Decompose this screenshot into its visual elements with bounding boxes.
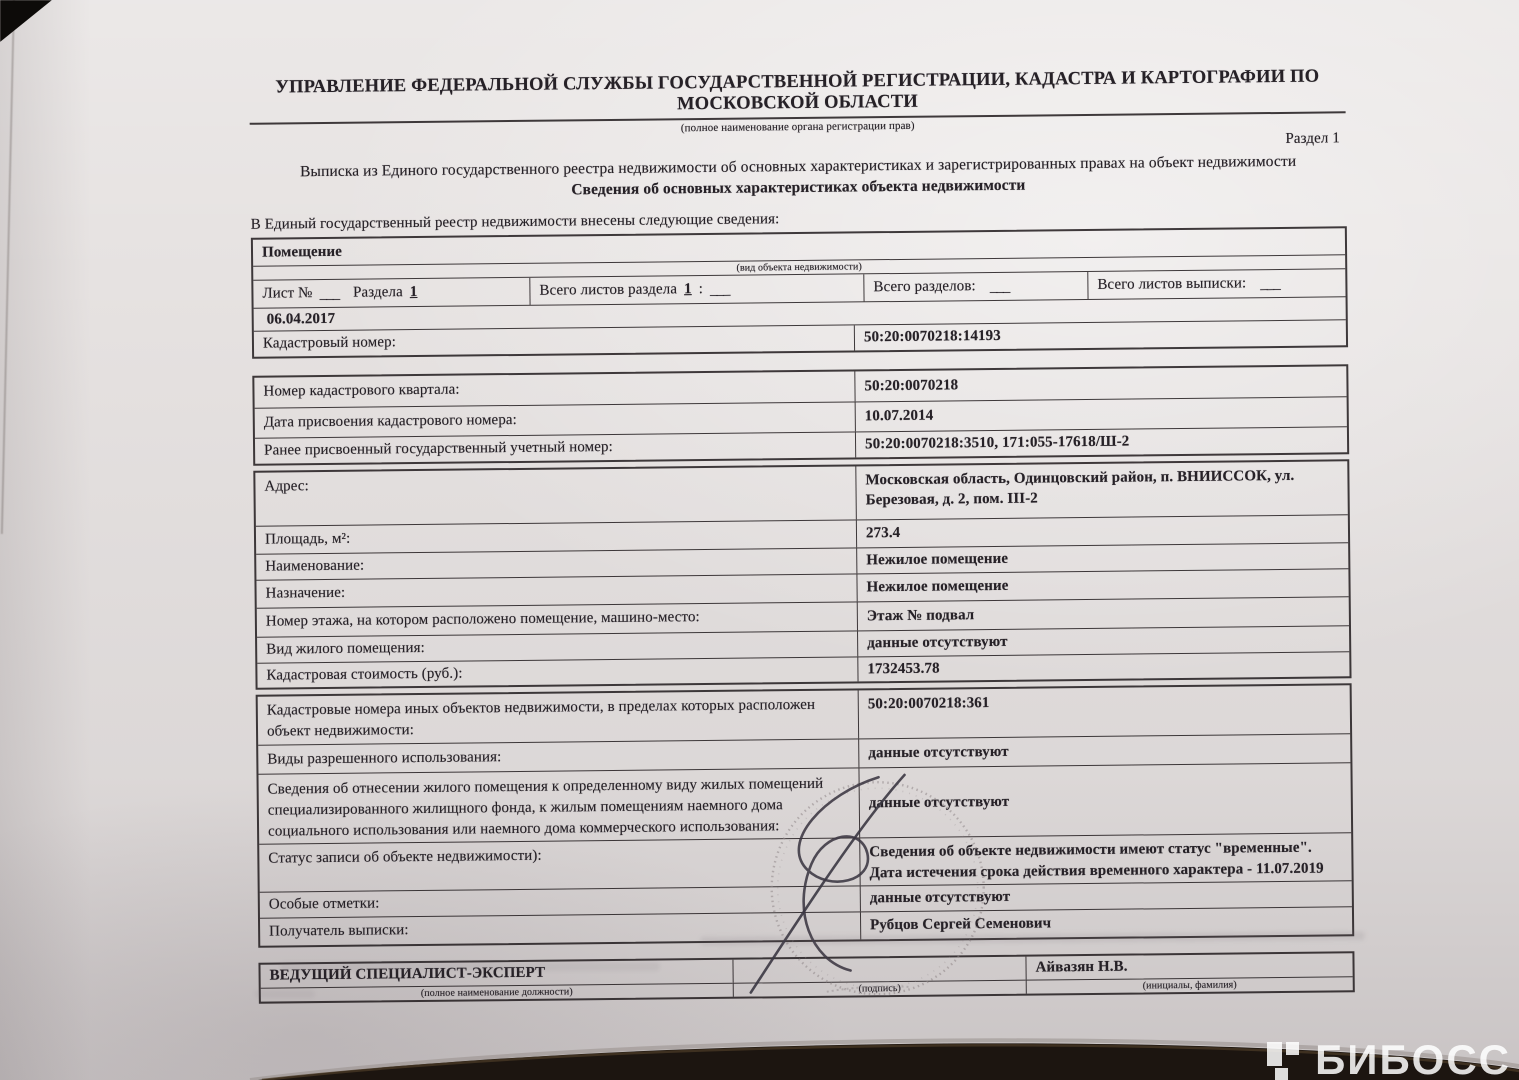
row-label: Адрес: <box>255 466 857 525</box>
table-row: Сведения об отнесении жилого помещения к… <box>258 763 1351 844</box>
row-value: Этаж № подвал <box>858 597 1349 630</box>
watermark: БИБОСС <box>1267 1040 1511 1080</box>
row-value: Нежилое помещение <box>857 569 1348 601</box>
row-value: Московская область, Одинцовский район, п… <box>856 461 1348 519</box>
colon: : <box>699 281 703 298</box>
sheets-in-section-number: 1 <box>684 281 692 298</box>
paper-sheet: УПРАВЛЕНИЕ ФЕДЕРАЛЬНОЙ СЛУЖБЫ ГОСУДАРСТВ… <box>0 0 1519 1080</box>
row-label: Статус записи об объекте недвижимости): <box>259 839 860 892</box>
details-table-status: Кадастровые номера иных объектов недвижи… <box>256 684 1355 948</box>
sheets-in-section-cell: Всего листов раздела 1 : ___ <box>529 274 863 304</box>
row-value: 273.4 <box>857 515 1348 547</box>
row-value: данные отсутствуют <box>859 764 1351 838</box>
total-sections-cell: Всего разделов: ___ <box>863 272 1087 301</box>
sheets-in-section-blank: ___ <box>710 282 730 299</box>
row-value: 10.07.2014 <box>856 397 1347 431</box>
signer-name: Айвазян Н.В. <box>1025 953 1352 979</box>
details-table-main: Адрес: Московская область, Одинцовский р… <box>253 459 1351 690</box>
sign-caption: (подпись) <box>733 980 1026 997</box>
ghost-text-artifact <box>255 990 315 998</box>
total-sheets-blank: ___ <box>1260 276 1280 293</box>
row-value: данные отсутствуют <box>861 881 1352 911</box>
signature-table: ВЕДУЩИЙ СПЕЦИАЛИСТ-ЭКСПЕРТ Айвазян Н.В. … <box>258 951 1354 1003</box>
registry-header-table: Помещение (вид объекта недвижимости) Лис… <box>251 226 1348 358</box>
row-label: Сведения об отнесении жилого помещения к… <box>258 769 860 844</box>
row-value: 1732453.78 <box>858 652 1349 682</box>
row-label: Номер кадастрового квартала: <box>254 371 855 407</box>
row-value: Сведения об объекте недвижимости имеют с… <box>860 834 1351 886</box>
ghost-text-artifact <box>280 962 660 971</box>
page-edge-crease <box>1 0 15 534</box>
signature-space <box>732 957 1025 983</box>
sheets-in-section-label: Всего листов раздела <box>539 281 677 299</box>
row-label: Кадастровые номера иных объектов недвижи… <box>258 691 859 745</box>
org-name-heading: УПРАВЛЕНИЕ ФЕДЕРАЛЬНОЙ СЛУЖБЫ ГОСУДАРСТВ… <box>249 66 1345 124</box>
razdel-number: 1 <box>410 284 418 301</box>
cadastral-number-value: 50:20:0070218:14193 <box>855 320 1346 350</box>
watermark-text: БИБОСС <box>1315 1040 1511 1080</box>
sheet-blank: ___ <box>319 286 339 303</box>
row-value: Нежилое помещение <box>857 543 1348 573</box>
row-label: Ранее присвоенный государственный учетны… <box>255 432 856 463</box>
razdel-label: Раздела <box>353 284 403 302</box>
row-value: данные отсутствуют <box>858 626 1349 656</box>
total-sections-label: Всего разделов: <box>873 278 976 296</box>
sheet-label: Лист № <box>262 285 312 303</box>
cadastral-number-label: Кадастровый номер: <box>254 325 855 356</box>
total-sheets-cell: Всего листов выписки: ___ <box>1087 269 1345 299</box>
details-table-quartal: Номер кадастрового квартала: 50:20:00702… <box>252 364 1349 465</box>
name-caption: (инициалы, фамилия) <box>1026 976 1353 993</box>
table-corner-shadow <box>0 0 52 42</box>
row-value: 50:20:0070218:361 <box>859 686 1350 739</box>
total-sections-blank: ___ <box>990 279 1010 296</box>
total-sheets-label: Всего листов выписки: <box>1097 275 1246 294</box>
document-content: УПРАВЛЕНИЕ ФЕДЕРАЛЬНОЙ СЛУЖБЫ ГОСУДАРСТВ… <box>249 60 1355 1003</box>
biboss-logo-icon <box>1267 1040 1307 1080</box>
row-value: данные отсутствуют <box>859 735 1350 768</box>
row-value: 50:20:0070218 <box>855 366 1346 401</box>
row-label: Кадастровая стоимость (руб.): <box>257 657 858 688</box>
sheet-number-cell: Лист № ___ Раздела 1 <box>253 278 529 308</box>
row-value: 50:20:0070218:3510, 171:055-17618/Ш-2 <box>856 427 1347 457</box>
